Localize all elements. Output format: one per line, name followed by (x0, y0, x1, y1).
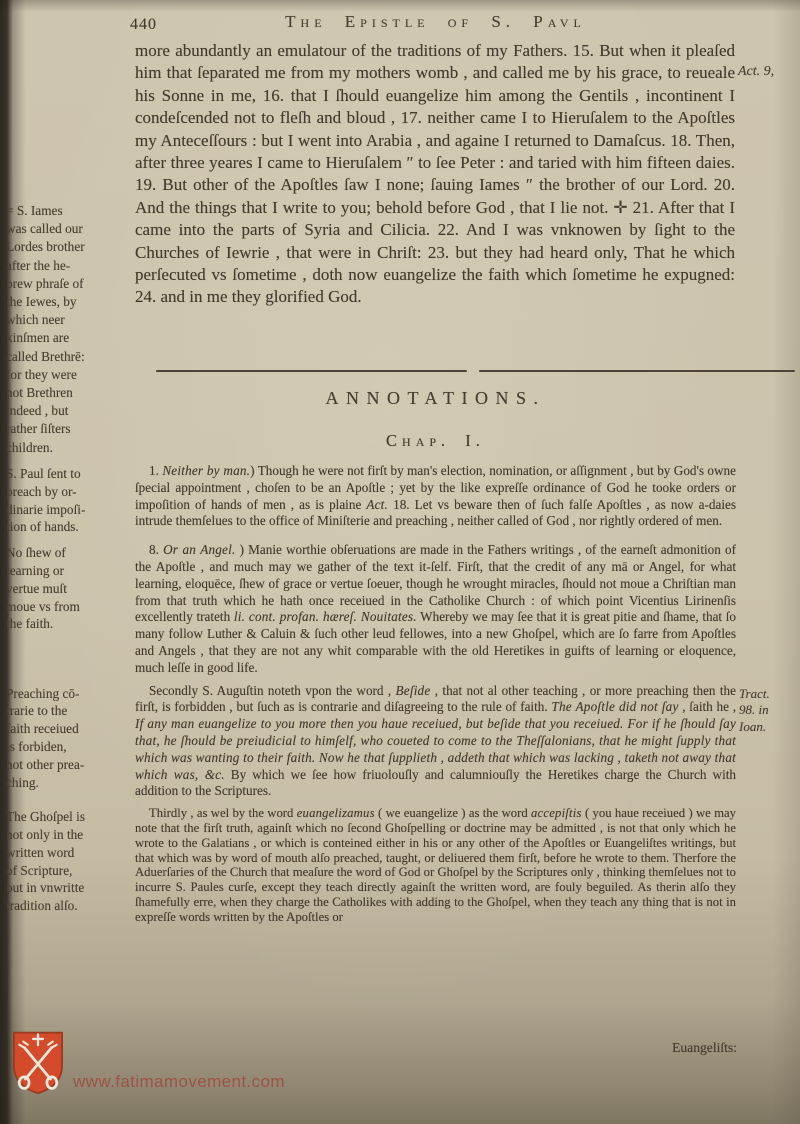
scripture-margin-note: = S. Iames was called our Lordes brother… (6, 202, 132, 457)
running-title: The Epistle of S. Pavl (135, 12, 736, 32)
annotation-row: Preaching cō- trarie to the faith receiu… (6, 683, 736, 801)
annotations-heading: ANNOTATIONS. (135, 388, 736, 409)
annotation-text: Thirdly , as wel by the word euangelizam… (135, 806, 736, 924)
crossed-keys-shield-icon (11, 1030, 65, 1096)
section-divider-left (156, 370, 467, 372)
annotation-margin-note: The Ghoſpel is not only in the written w… (6, 806, 135, 924)
annotation-row: S. Paul ſent to preach by or- dinarie im… (6, 463, 736, 536)
annotation-margin-note: Preaching cō- trarie to the faith receiu… (6, 683, 135, 801)
annotation-row: The Ghoſpel is not only in the written w… (6, 806, 736, 924)
chapter-heading: Chap. I. (135, 431, 736, 451)
annotations-section: S. Paul ſent to preach by or- dinarie im… (6, 463, 736, 931)
scanned-book-page: 440 The Epistle of S. Pavl more abundant… (0, 0, 800, 1124)
annotation-text: Secondly S. Auguſtin noteth vpon the wor… (135, 683, 736, 801)
section-divider-right (479, 370, 795, 372)
margin-ref-tract: Tract. 98. in Ioan. (739, 686, 770, 736)
watermark-url: www.fatimamovement.com (73, 1072, 285, 1092)
annotation-row: No ſhew of learning or vertue muſt moue … (6, 542, 736, 676)
scripture-text: more abundantly an emulatour of the trad… (135, 40, 735, 309)
annotation-margin-note: No ſhew of learning or vertue muſt moue … (6, 542, 135, 676)
annotation-text: 8. Or an Angel. ) Manie worthie obſeruat… (135, 542, 736, 676)
annotation-margin-note: S. Paul ſent to preach by or- dinarie im… (6, 463, 135, 536)
catchword: Euangeliſts: (135, 1040, 737, 1056)
margin-ref-act: Act. 9, (738, 64, 774, 81)
annotation-text: 1. Neither by man.) Though he were not f… (135, 463, 736, 536)
